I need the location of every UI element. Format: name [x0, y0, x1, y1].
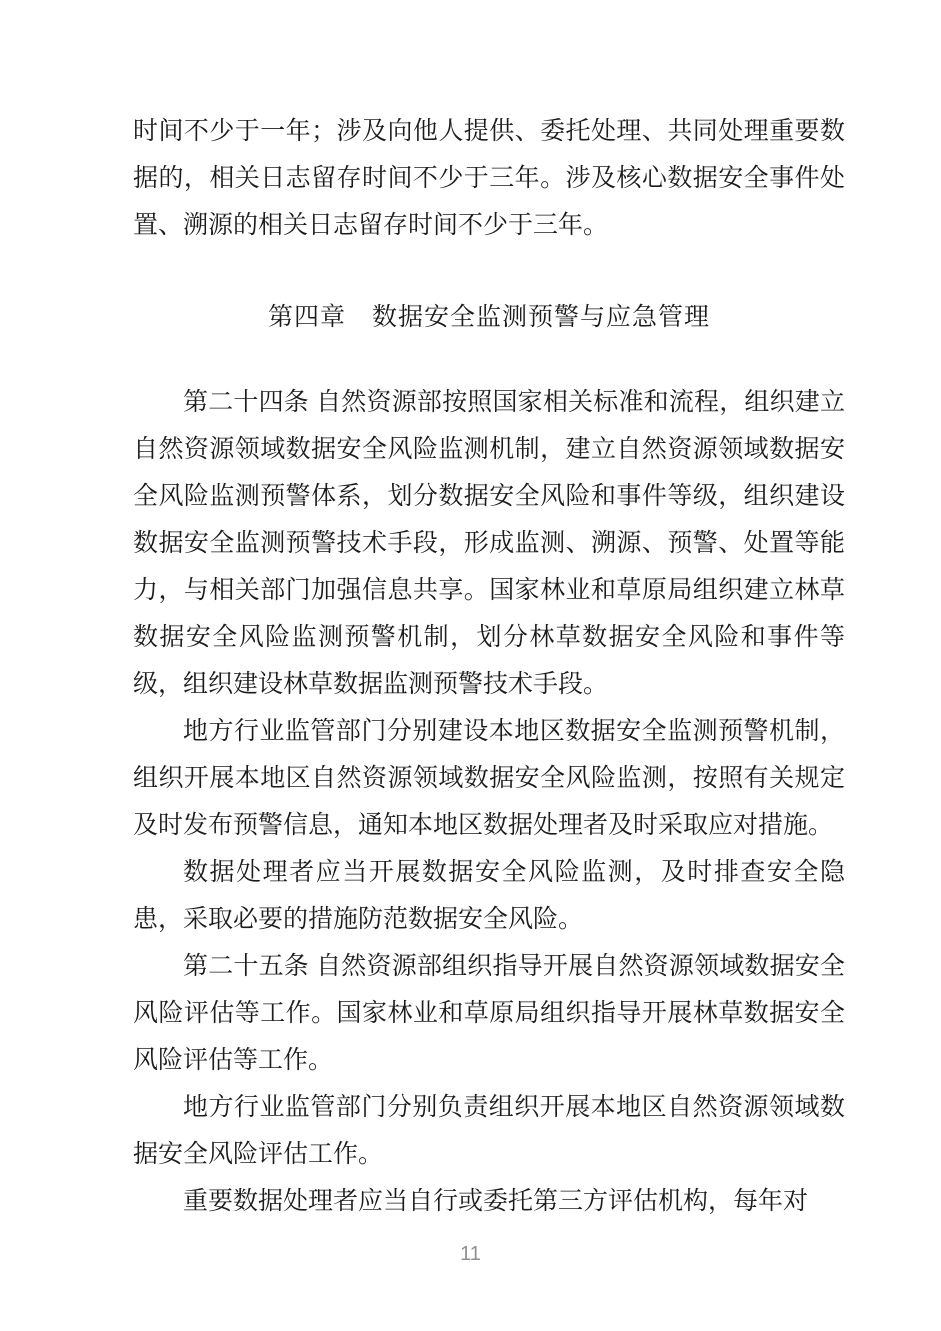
body-paragraph: 第二十五条 自然资源部组织指导开展自然资源领域数据安全风险评估等工作。国家林业和… — [133, 943, 845, 1084]
body-paragraph-continuation: 时间不少于一年；涉及向他人提供、委托处理、共同处理重要数据的，相关日志留存时间不… — [133, 108, 845, 249]
body-paragraph: 地方行业监管部门分别负责组织开展本地区自然资源领域数据安全风险评估工作。 — [133, 1084, 845, 1178]
body-paragraph: 第二十四条 自然资源部按照国家相关标准和流程，组织建立自然资源领域数据安全风险监… — [133, 379, 845, 708]
chapter-heading: 第四章 数据安全监测预警与应急管理 — [133, 294, 845, 341]
document-body: 时间不少于一年；涉及向他人提供、委托处理、共同处理重要数据的，相关日志留存时间不… — [133, 108, 845, 1225]
page-number: 11 — [0, 1243, 941, 1266]
body-paragraph: 数据处理者应当开展数据安全风险监测，及时排查安全隐患，采取必要的措施防范数据安全… — [133, 849, 845, 943]
body-paragraph: 地方行业监管部门分别建设本地区数据安全监测预警机制，组织开展本地区自然资源领域数… — [133, 708, 845, 849]
body-paragraph: 重要数据处理者应当自行或委托第三方评估机构，每年对 — [133, 1178, 845, 1225]
document-page: 时间不少于一年；涉及向他人提供、委托处理、共同处理重要数据的，相关日志留存时间不… — [0, 0, 941, 1331]
